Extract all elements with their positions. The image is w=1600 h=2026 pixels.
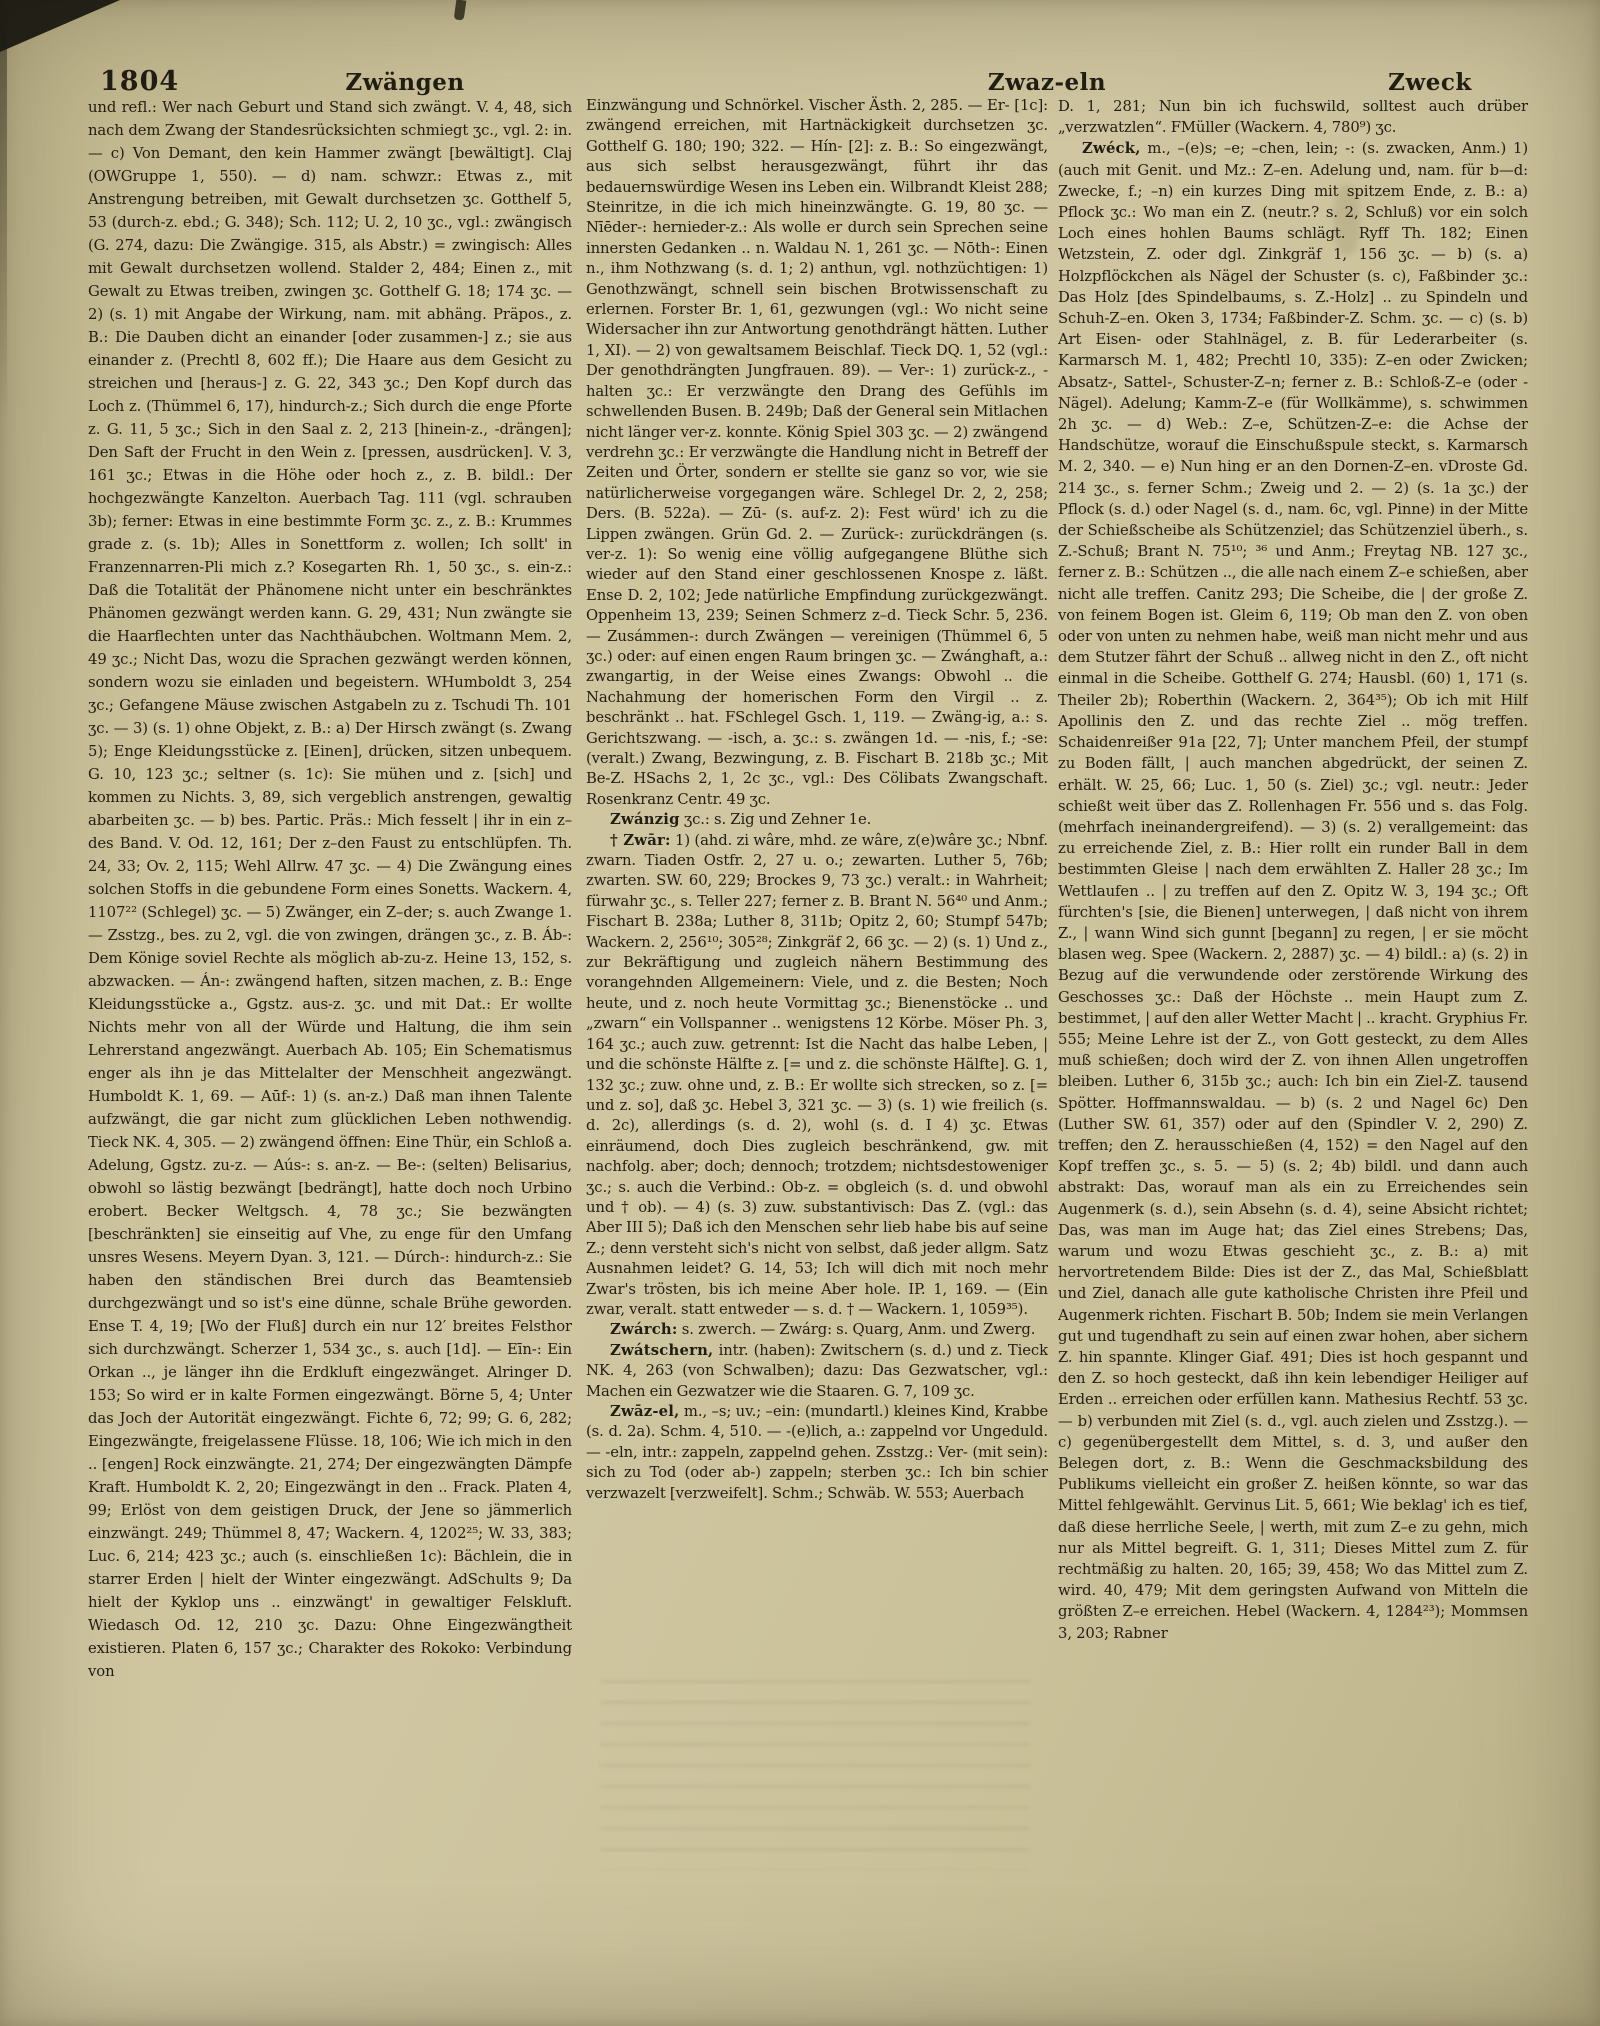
scan-artifact-left-edge [0, 0, 7, 420]
text-column-1: und refl.: Wer nach Geburt und Stand sic… [88, 96, 572, 1774]
scan-artifact-top-mark [454, 0, 467, 21]
headword: Zwárch: [610, 1321, 678, 1338]
dictionary-paragraph: Zwánzig ʒc.: s. Zig und Zehner 1e. [586, 810, 1048, 830]
dictionary-paragraph: Einzwängung und Schnörkel. Vischer Ästh.… [586, 96, 1048, 810]
running-head-zweck: Zweck [1388, 69, 1472, 96]
verso-ink-bleed [600, 1680, 1030, 1870]
dictionary-paragraph: Zwéck, m., –(e)s; –e; –chen, lein; -: (s… [1058, 138, 1528, 1643]
running-head-zwaengen: Zwängen [345, 69, 464, 96]
headword: Zwánzig [610, 811, 680, 828]
dictionary-paragraph: D. 1, 281; Nun bin ich fuchswild, sollte… [1058, 96, 1528, 138]
headword: Zwāz-el, [610, 1403, 679, 1420]
scanned-dictionary-page: { "page": { "number": "1804", "running_h… [0, 0, 1600, 2026]
headword: Zwátschern, [610, 1342, 713, 1359]
dictionary-paragraph: Zwárch: s. zwerch. — Zwárg: s. Quarg, An… [586, 1320, 1048, 1340]
headword: † Zwār: [610, 832, 671, 849]
dictionary-paragraph: Zwátschern, intr. (haben): Zwitschern (s… [586, 1341, 1048, 1402]
text-column-2: Einzwängung und Schnörkel. Vischer Ästh.… [586, 96, 1048, 1658]
dictionary-paragraph: und refl.: Wer nach Geburt und Stand sic… [88, 96, 572, 1683]
running-header: 1804 Zwängen Zwaz-eln Zweck [0, 66, 1600, 100]
headword: Zwéck, [1082, 140, 1141, 157]
scan-artifact-corner [0, 0, 120, 52]
text-column-3: D. 1, 281; Nun bin ich fuchswild, sollte… [1058, 96, 1528, 1978]
dictionary-paragraph: Zwāz-el, m., –s; uv.; –ein: (mundartl.) … [586, 1402, 1048, 1504]
dictionary-paragraph: † Zwār: 1) (ahd. zi wâre, mhd. ze wâre, … [586, 831, 1048, 1321]
running-head-zwaz-eln: Zwaz-eln [988, 69, 1106, 96]
page-number: 1804 [100, 66, 179, 97]
